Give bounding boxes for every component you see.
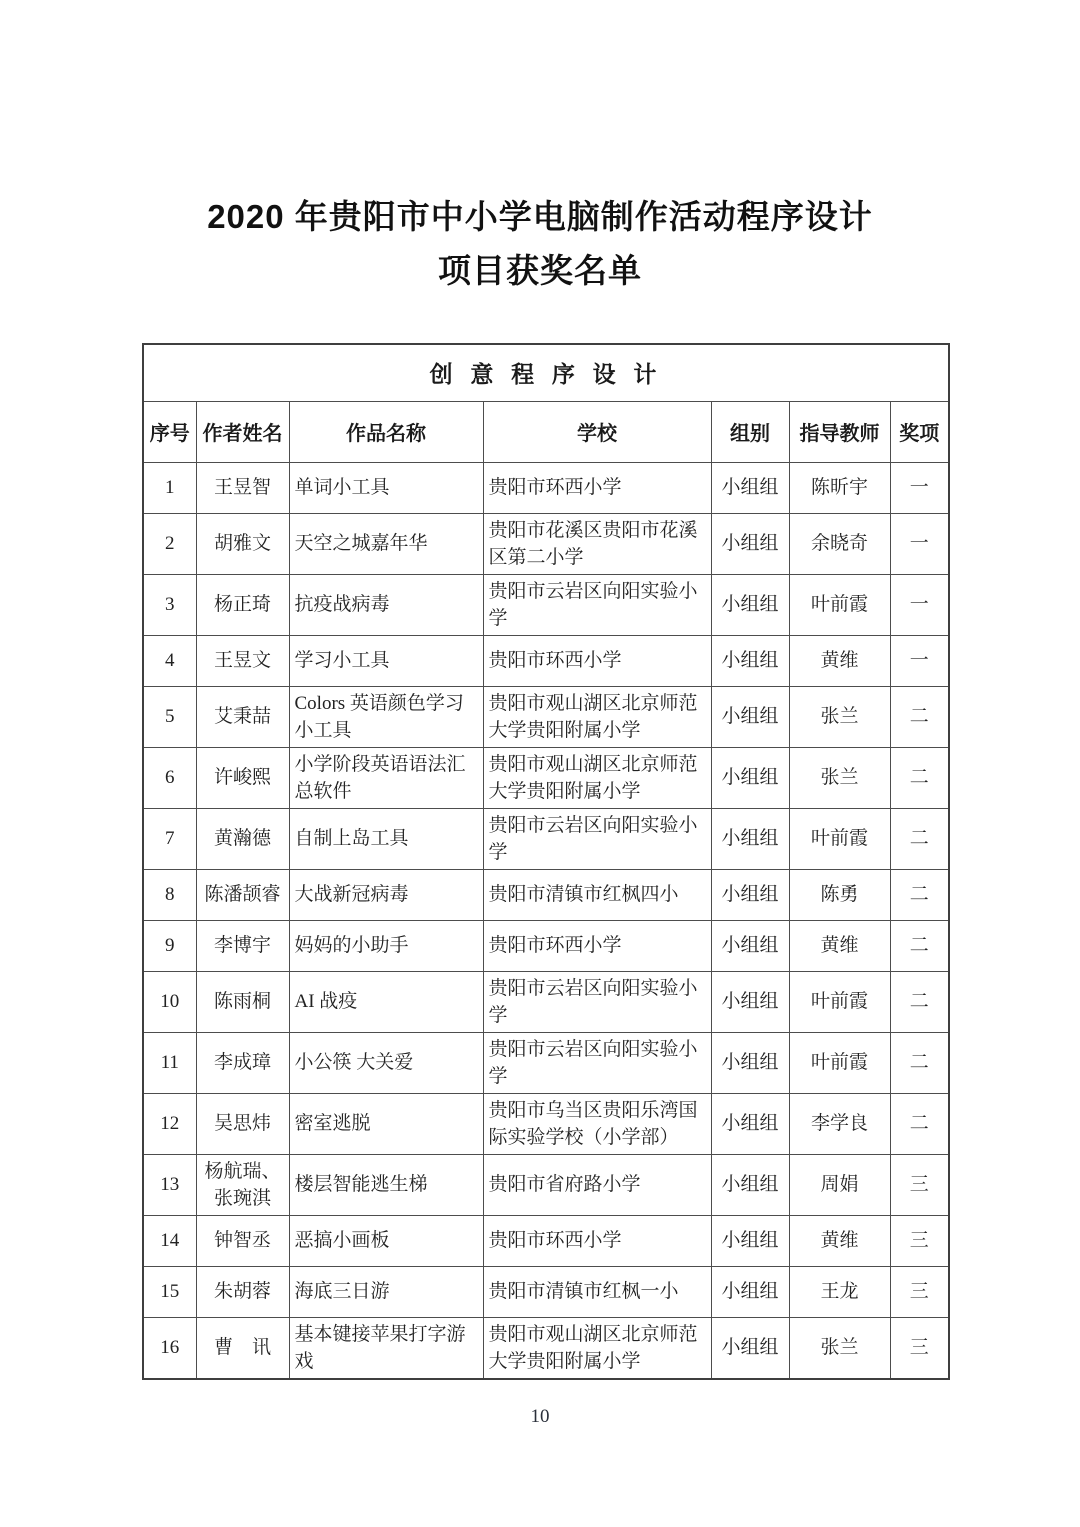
- cell-group: 小组组: [711, 462, 789, 513]
- cell-no: 3: [143, 574, 196, 635]
- cell-group: 小组组: [711, 1317, 789, 1379]
- cell-school: 贵阳市观山湖区北京师范大学贵阳附属小学: [483, 686, 711, 747]
- cell-school: 贵阳市乌当区贵阳乐湾国际实验学校（小学部）: [483, 1093, 711, 1154]
- cell-author: 李成璋: [196, 1032, 289, 1093]
- table-header-row: 序号 作者姓名 作品名称 学校 组别 指导教师 奖项: [143, 401, 949, 462]
- cell-group: 小组组: [711, 808, 789, 869]
- document-title-line2: 项目获奖名单: [0, 244, 1080, 298]
- cell-award: 二: [890, 1032, 949, 1093]
- cell-no: 13: [143, 1154, 196, 1215]
- cell-work: 小公筷 大关爱: [289, 1032, 483, 1093]
- cell-author: 陈潘颉睿: [196, 869, 289, 920]
- cell-no: 9: [143, 920, 196, 971]
- cell-teacher: 张兰: [789, 747, 890, 808]
- column-header-author: 作者姓名: [196, 401, 289, 462]
- cell-work: 妈妈的小助手: [289, 920, 483, 971]
- table-caption-row: 创 意 程 序 设 计: [143, 344, 949, 401]
- cell-author: 王昱文: [196, 635, 289, 686]
- column-header-award: 奖项: [890, 401, 949, 462]
- cell-author: 李博宇: [196, 920, 289, 971]
- cell-work: 学习小工具: [289, 635, 483, 686]
- cell-work: 单词小工具: [289, 462, 483, 513]
- cell-author: 曹 讯: [196, 1317, 289, 1379]
- cell-school: 贵阳市花溪区贵阳市花溪区第二小学: [483, 513, 711, 574]
- cell-work: AI 战疫: [289, 971, 483, 1032]
- table-row: 6许峻熙小学阶段英语语法汇总软件贵阳市观山湖区北京师范大学贵阳附属小学小组组张兰…: [143, 747, 949, 808]
- column-header-teacher: 指导教师: [789, 401, 890, 462]
- table-caption: 创 意 程 序 设 计: [143, 344, 949, 401]
- cell-award: 一: [890, 462, 949, 513]
- cell-work: 抗疫战病毒: [289, 574, 483, 635]
- cell-teacher: 周娟: [789, 1154, 890, 1215]
- cell-group: 小组组: [711, 1215, 789, 1266]
- cell-teacher: 叶前霞: [789, 574, 890, 635]
- cell-author: 杨航瑞、张琬淇: [196, 1154, 289, 1215]
- cell-no: 12: [143, 1093, 196, 1154]
- cell-award: 一: [890, 513, 949, 574]
- cell-group: 小组组: [711, 747, 789, 808]
- cell-teacher: 黄维: [789, 920, 890, 971]
- cell-award: 一: [890, 574, 949, 635]
- cell-group: 小组组: [711, 1154, 789, 1215]
- cell-award: 三: [890, 1215, 949, 1266]
- cell-group: 小组组: [711, 1032, 789, 1093]
- cell-work: 密室逃脱: [289, 1093, 483, 1154]
- cell-no: 6: [143, 747, 196, 808]
- cell-work: 自制上岛工具: [289, 808, 483, 869]
- cell-award: 三: [890, 1154, 949, 1215]
- cell-school: 贵阳市观山湖区北京师范大学贵阳附属小学: [483, 1317, 711, 1379]
- cell-group: 小组组: [711, 971, 789, 1032]
- cell-work: 基本键接苹果打字游戏: [289, 1317, 483, 1379]
- cell-group: 小组组: [711, 920, 789, 971]
- document-title: 2020 年贵阳市中小学电脑制作活动程序设计 项目获奖名单: [0, 190, 1080, 298]
- cell-author: 杨正琦: [196, 574, 289, 635]
- table-row: 13杨航瑞、张琬淇楼层智能逃生梯贵阳市省府路小学小组组周娟三: [143, 1154, 949, 1215]
- table-row: 3杨正琦抗疫战病毒贵阳市云岩区向阳实验小学小组组叶前霞一: [143, 574, 949, 635]
- column-header-no: 序号: [143, 401, 196, 462]
- cell-award: 二: [890, 686, 949, 747]
- cell-no: 8: [143, 869, 196, 920]
- cell-group: 小组组: [711, 635, 789, 686]
- cell-group: 小组组: [711, 513, 789, 574]
- cell-teacher: 陈昕宇: [789, 462, 890, 513]
- cell-award: 一: [890, 635, 949, 686]
- column-header-group: 组别: [711, 401, 789, 462]
- cell-teacher: 张兰: [789, 1317, 890, 1379]
- cell-no: 1: [143, 462, 196, 513]
- cell-no: 2: [143, 513, 196, 574]
- cell-group: 小组组: [711, 869, 789, 920]
- cell-school: 贵阳市云岩区向阳实验小学: [483, 808, 711, 869]
- table-row: 5艾秉喆Colors 英语颜色学习小工具贵阳市观山湖区北京师范大学贵阳附属小学小…: [143, 686, 949, 747]
- cell-group: 小组组: [711, 1093, 789, 1154]
- cell-school: 贵阳市清镇市红枫一小: [483, 1266, 711, 1317]
- cell-teacher: 李学良: [789, 1093, 890, 1154]
- cell-school: 贵阳市环西小学: [483, 635, 711, 686]
- cell-no: 10: [143, 971, 196, 1032]
- cell-school: 贵阳市清镇市红枫四小: [483, 869, 711, 920]
- cell-author: 吴思炜: [196, 1093, 289, 1154]
- cell-work: 小学阶段英语语法汇总软件: [289, 747, 483, 808]
- cell-group: 小组组: [711, 574, 789, 635]
- cell-group: 小组组: [711, 686, 789, 747]
- cell-teacher: 叶前霞: [789, 1032, 890, 1093]
- table-row: 16曹 讯基本键接苹果打字游戏贵阳市观山湖区北京师范大学贵阳附属小学小组组张兰三: [143, 1317, 949, 1379]
- table-row: 4王昱文学习小工具贵阳市环西小学小组组黄维一: [143, 635, 949, 686]
- column-header-school: 学校: [483, 401, 711, 462]
- cell-award: 三: [890, 1266, 949, 1317]
- cell-school: 贵阳市云岩区向阳实验小学: [483, 971, 711, 1032]
- cell-award: 二: [890, 808, 949, 869]
- page-number: 10: [0, 1406, 1080, 1428]
- cell-school: 贵阳市云岩区向阳实验小学: [483, 574, 711, 635]
- table-row: 8陈潘颉睿大战新冠病毒贵阳市清镇市红枫四小小组组陈勇二: [143, 869, 949, 920]
- cell-no: 15: [143, 1266, 196, 1317]
- cell-school: 贵阳市云岩区向阳实验小学: [483, 1032, 711, 1093]
- document-page: 2020 年贵阳市中小学电脑制作活动程序设计 项目获奖名单 创 意 程 序 设 …: [0, 0, 1080, 1527]
- cell-work: 恶搞小画板: [289, 1215, 483, 1266]
- cell-teacher: 张兰: [789, 686, 890, 747]
- table-row: 12吴思炜密室逃脱贵阳市乌当区贵阳乐湾国际实验学校（小学部）小组组李学良二: [143, 1093, 949, 1154]
- cell-group: 小组组: [711, 1266, 789, 1317]
- cell-no: 14: [143, 1215, 196, 1266]
- cell-author: 陈雨桐: [196, 971, 289, 1032]
- table-row: 10陈雨桐AI 战疫贵阳市云岩区向阳实验小学小组组叶前霞二: [143, 971, 949, 1032]
- cell-award: 二: [890, 1093, 949, 1154]
- cell-no: 5: [143, 686, 196, 747]
- cell-teacher: 余晓奇: [789, 513, 890, 574]
- cell-work: 天空之城嘉年华: [289, 513, 483, 574]
- cell-school: 贵阳市环西小学: [483, 920, 711, 971]
- cell-teacher: 黄维: [789, 1215, 890, 1266]
- table-row: 9李博宇妈妈的小助手贵阳市环西小学小组组黄维二: [143, 920, 949, 971]
- cell-author: 艾秉喆: [196, 686, 289, 747]
- column-header-work: 作品名称: [289, 401, 483, 462]
- table-row: 1王昱智单词小工具贵阳市环西小学小组组陈昕宇一: [143, 462, 949, 513]
- cell-author: 许峻熙: [196, 747, 289, 808]
- cell-award: 二: [890, 920, 949, 971]
- cell-school: 贵阳市环西小学: [483, 462, 711, 513]
- cell-teacher: 陈勇: [789, 869, 890, 920]
- award-table: 创 意 程 序 设 计 序号 作者姓名 作品名称 学校 组别 指导教师 奖项 1…: [142, 343, 950, 1380]
- cell-no: 11: [143, 1032, 196, 1093]
- cell-no: 7: [143, 808, 196, 869]
- cell-award: 三: [890, 1317, 949, 1379]
- cell-school: 贵阳市环西小学: [483, 1215, 711, 1266]
- cell-no: 4: [143, 635, 196, 686]
- cell-author: 王昱智: [196, 462, 289, 513]
- cell-no: 16: [143, 1317, 196, 1379]
- cell-author: 黄瀚德: [196, 808, 289, 869]
- cell-award: 二: [890, 971, 949, 1032]
- table-row: 7黄瀚德自制上岛工具贵阳市云岩区向阳实验小学小组组叶前霞二: [143, 808, 949, 869]
- cell-author: 钟智丞: [196, 1215, 289, 1266]
- table-row: 14钟智丞恶搞小画板贵阳市环西小学小组组黄维三: [143, 1215, 949, 1266]
- cell-teacher: 黄维: [789, 635, 890, 686]
- cell-school: 贵阳市观山湖区北京师范大学贵阳附属小学: [483, 747, 711, 808]
- cell-work: Colors 英语颜色学习小工具: [289, 686, 483, 747]
- table-row: 2胡雅文天空之城嘉年华贵阳市花溪区贵阳市花溪区第二小学小组组余晓奇一: [143, 513, 949, 574]
- cell-teacher: 叶前霞: [789, 808, 890, 869]
- table-row: 11李成璋小公筷 大关爱贵阳市云岩区向阳实验小学小组组叶前霞二: [143, 1032, 949, 1093]
- table-body: 1王昱智单词小工具贵阳市环西小学小组组陈昕宇一2胡雅文天空之城嘉年华贵阳市花溪区…: [143, 462, 949, 1379]
- cell-author: 胡雅文: [196, 513, 289, 574]
- cell-teacher: 叶前霞: [789, 971, 890, 1032]
- table-row: 15朱胡蓉海底三日游贵阳市清镇市红枫一小小组组王龙三: [143, 1266, 949, 1317]
- cell-work: 海底三日游: [289, 1266, 483, 1317]
- cell-award: 二: [890, 869, 949, 920]
- cell-author: 朱胡蓉: [196, 1266, 289, 1317]
- document-title-line1: 2020 年贵阳市中小学电脑制作活动程序设计: [0, 190, 1080, 244]
- cell-teacher: 王龙: [789, 1266, 890, 1317]
- cell-work: 大战新冠病毒: [289, 869, 483, 920]
- cell-school: 贵阳市省府路小学: [483, 1154, 711, 1215]
- cell-award: 二: [890, 747, 949, 808]
- cell-work: 楼层智能逃生梯: [289, 1154, 483, 1215]
